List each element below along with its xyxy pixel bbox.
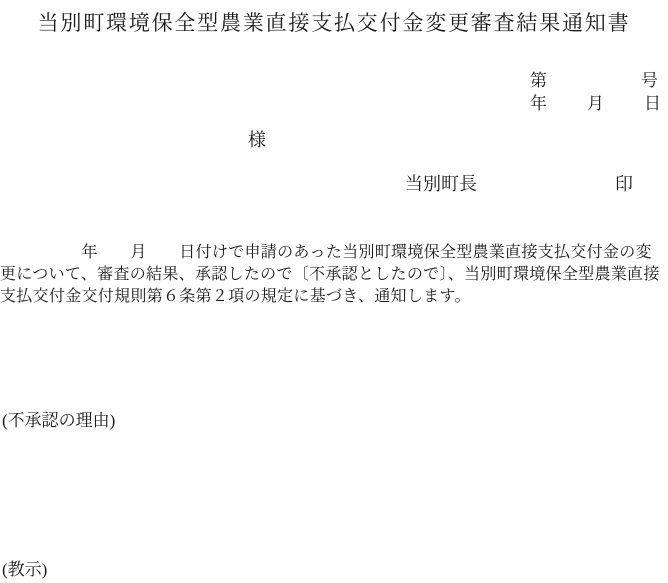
body-paragraph-line-3: 支払交付金交付規則第６条第２項の規定に基づき、通知します。 [0, 287, 668, 306]
sender-name-field[interactable] [477, 174, 615, 196]
instruction-label: (教示) [2, 560, 47, 580]
date-day-field[interactable] [604, 94, 644, 114]
body-paragraph-line-1: 年 月 日付けで申請のあった当別町環境保全型農業直接支払交付金の変 [0, 243, 668, 262]
document-title: 当別町環境保全型農業直接支払交付金変更審査結果通知書 [0, 7, 668, 37]
addressee-line: 様 [60, 130, 266, 152]
body-paragraph-line-2: 更について、審査の結果、承認したので〔不承認としたので〕、当別町環境保全型農業直… [0, 265, 668, 284]
sender-line: 当別町長 印 [405, 174, 633, 196]
notification-document-page: 当別町環境保全型農業直接支払交付金変更審査結果通知書 第 号 年 月 日 様 当… [0, 0, 668, 583]
rejection-reason-field[interactable] [0, 436, 668, 554]
date-month-field[interactable] [547, 94, 587, 114]
date-line: 年 月 日 [530, 94, 661, 114]
doc-number-suffix: 号 [641, 71, 658, 91]
doc-number-line: 第 号 [530, 71, 658, 91]
date-year-label: 年 [530, 94, 547, 114]
rejection-reason-label: (不承認の理由) [2, 411, 115, 431]
doc-number-field[interactable] [547, 71, 641, 91]
doc-number-prefix: 第 [530, 71, 547, 91]
sender-title: 当別町長 [405, 174, 477, 196]
date-day-label: 日 [644, 94, 661, 114]
date-month-label: 月 [587, 94, 604, 114]
seal-placeholder: 印 [615, 174, 633, 196]
addressee-name-field[interactable] [60, 130, 248, 152]
addressee-honorific: 様 [248, 130, 266, 152]
